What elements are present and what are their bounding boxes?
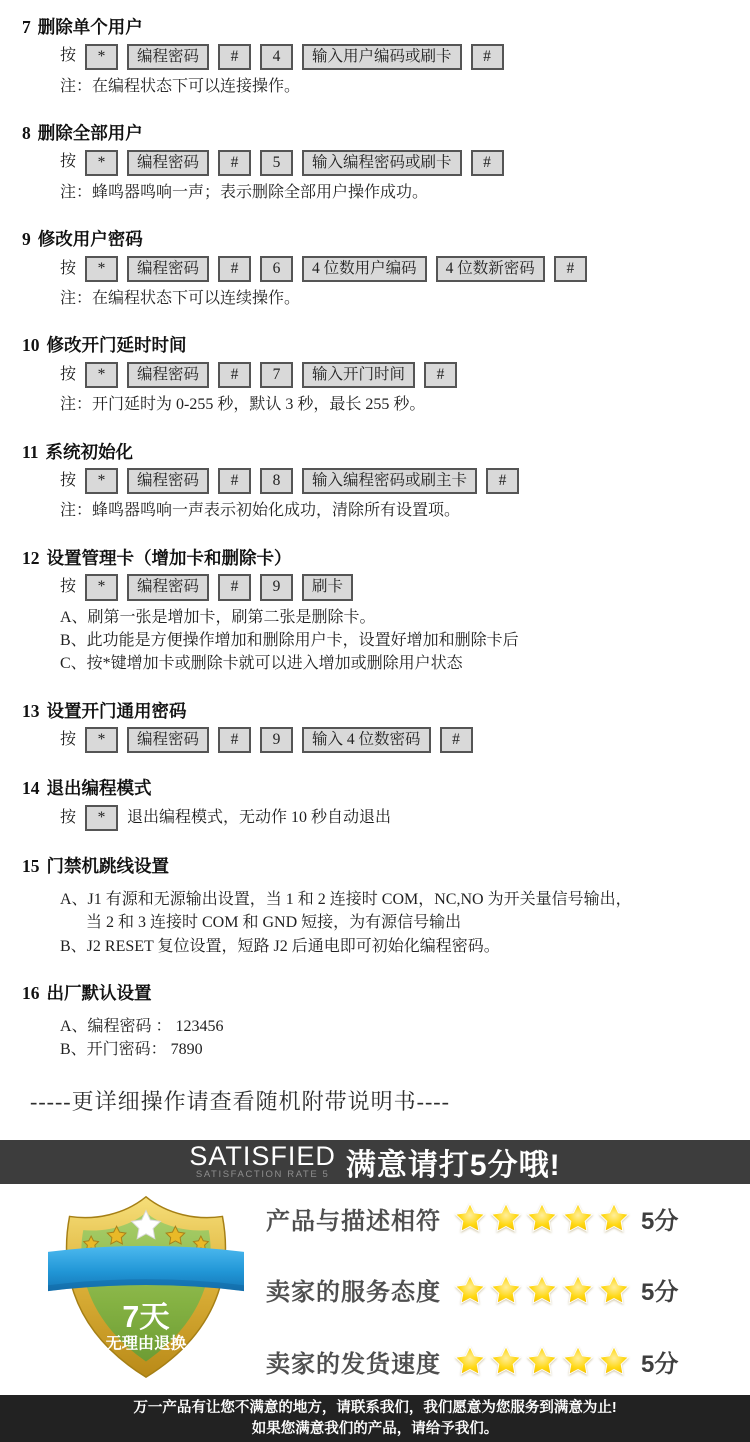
key-token: 9 [260,727,293,753]
section-notes: A、刷第一张是增加卡，刷第二张是删除卡。 B、此功能是方便操作增加和删除用户卡，… [22,607,730,676]
section-notes: 注：蜂鸣器鸣响一声；表示删除全部用户操作成功。 [22,182,730,204]
five-star-rating [453,1345,631,1377]
key-token: 6 [260,256,293,282]
star-icon [597,1345,631,1377]
key-token: 按 [60,46,76,67]
key-token: # [218,150,251,176]
section-title: 修改用户密码 [38,229,143,249]
key-token: # [554,256,587,282]
key-token: * [85,574,118,600]
key-token: # [218,727,251,753]
key-token: * [85,468,118,494]
shield-badge-icon: 7天 无理由退换 [48,1189,244,1385]
section-heading: 15门禁机跳线设置 [22,855,730,879]
five-star-rating [453,1274,631,1306]
key-sequence: 按 * 编程密码 # 7 输入开门时间 # [60,362,730,388]
note-line: A、刷第一张是增加卡，刷第二张是删除卡。 [60,607,730,629]
section-heading: 10修改开门延时时间 [22,334,730,358]
key-token: 输入编程密码或刷主卡 [302,468,477,494]
star-icon [489,1274,523,1306]
key-token: # [471,44,504,70]
key-token: 编程密码 [127,468,209,494]
star-icon [561,1274,595,1306]
key-token: # [218,256,251,282]
note-line: C、按*键增加卡或删除卡就可以进入增加或删除用户状态 [60,653,730,675]
key-token: # [440,727,473,753]
key-token: 编程密码 [127,150,209,176]
section-number: 7 [22,17,31,37]
badge-policy-text: 无理由退换 [106,1334,188,1353]
section-title: 设置开门通用密码 [47,701,187,721]
rating-area: 7天 无理由退换 产品与描述相符 5分 卖家的服务态度 [0,1184,750,1395]
section-number: 9 [22,229,31,249]
note-line: 注：开门延时为 0-255 秒，默认 3 秒，最长 255 秒。 [60,394,730,416]
key-token: 按 [60,471,76,492]
note-line: A、编程密码 ： 123456 [60,1016,730,1038]
key-token: 输入用户编码或刷卡 [302,44,462,70]
star-icon [453,1345,487,1377]
rating-row: 卖家的服务态度 5分 [266,1272,720,1307]
key-token: 9 [260,574,293,600]
section-heading: 8删除全部用户 [22,122,730,146]
section-heading: 7删除单个用户 [22,16,730,40]
key-sequence: 按 * 编程密码 # 9 输入 4 位数密码 # [60,727,730,753]
banner-title: SATISFIED [189,1144,336,1170]
key-token: 刷卡 [302,574,353,600]
key-sequence: 按 * 编程密码 # 4 输入用户编码或刷卡 # [60,44,730,70]
key-token: # [218,574,251,600]
key-token: 输入编程密码或刷卡 [302,150,462,176]
section-title: 门禁机跳线设置 [47,856,170,876]
star-icon [597,1202,631,1234]
rating-label: 卖家的服务态度 [266,1272,441,1307]
section-heading: 16出厂默认设置 [22,982,730,1006]
section-notes: 注：在编程状态下可以连续操作。 [22,288,730,310]
rating-rows: 产品与描述相符 5分 卖家的服务态度 [266,1199,720,1381]
key-token: 编程密码 [127,362,209,388]
instruction-section: 11系统初始化 按 * 编程密码 # 8 输入编程密码或刷主卡 [22,441,730,523]
note-line: 注：在编程状态下可以连续操作。 [60,288,730,310]
section-heading: 11系统初始化 [22,441,730,465]
section-heading: 14退出编程模式 [22,777,730,801]
section-number: 10 [22,335,40,355]
section-heading: 12设置管理卡（增加卡和删除卡） [22,547,730,571]
rating-label: 产品与描述相符 [266,1201,441,1236]
note-line: 注：蜂鸣器鸣响一声表示初始化成功，清除所有设置项。 [60,500,730,522]
rating-score: 5分 [641,1344,678,1379]
note-line: 当 2 和 3 连接时 COM 和 GND 短接，为有源信号输出 [86,912,730,934]
section-number: 12 [22,548,40,568]
key-token: 4 [260,44,293,70]
instruction-section: 14退出编程模式 按 * 退出编程模式，无动作 10 秒自动退出 [22,777,730,831]
section-title: 设置管理卡（增加卡和删除卡） [47,548,292,568]
key-token: 按 [60,577,76,598]
note-line: B、此功能是方便操作增加和删除用户卡，设置好增加和删除卡后 [60,630,730,652]
key-token: * [85,150,118,176]
banner-subtitle: SATISFACTION RATE 5 [189,1170,336,1180]
key-token: * [85,256,118,282]
section-notes: 注：蜂鸣器鸣响一声表示初始化成功，清除所有设置项。 [22,500,730,522]
key-token: 按 [60,730,76,751]
key-token: * [85,727,118,753]
star-icon [561,1202,595,1234]
key-token: 按 [60,808,76,829]
instruction-section: 13设置开门通用密码 按 * 编程密码 # 9 输入 4 位数密码 [22,700,730,754]
service-notice-bar: 万一产品有让您不满意的地方，请联系我们，我们愿意为您服务到满意为止! 如果您满意… [0,1395,750,1442]
section-notes: 注：开门延时为 0-255 秒，默认 3 秒，最长 255 秒。 [22,394,730,416]
key-token: 4 位数新密码 [436,256,545,282]
banner-english-block: SATISFIED SATISFACTION RATE 5 [189,1144,336,1179]
key-sequence: 按 * 编程密码 # 8 输入编程密码或刷主卡 # [60,468,730,494]
instruction-document: 7删除单个用户 按 * 编程密码 # 4 输入用户编码或刷卡 [0,0,750,1140]
five-star-rating [453,1202,631,1234]
key-token: 8 [260,468,293,494]
key-sequence: 按 * 退出编程模式，无动作 10 秒自动退出 [60,805,730,831]
section-notes: A、J1 有源和无源输出设置，当 1 和 2 连接时 COM，NC,NO 为开关… [22,889,730,958]
rating-label: 卖家的发货速度 [266,1344,441,1379]
key-token: * [85,44,118,70]
section-title: 修改开门延时时间 [47,335,187,355]
banner-headline: 满意请打5分哦! [346,1140,561,1184]
star-icon [453,1274,487,1306]
divider-note: -----更详细操作请查看随机附带说明书---- [30,1085,730,1116]
star-icon [525,1345,559,1377]
instruction-section: 9修改用户密码 按 * 编程密码 # 6 4 位数用户编码 [22,228,730,310]
notice-line-1: 万一产品有让您不满意的地方，请联系我们，我们愿意为您服务到满意为止! [0,1399,750,1418]
instruction-section: 7删除单个用户 按 * 编程密码 # 4 输入用户编码或刷卡 [22,16,730,98]
badge-days-text: 7天 [122,1300,169,1334]
note-line: A、J1 有源和无源输出设置，当 1 和 2 连接时 COM，NC,NO 为开关… [60,889,730,911]
instruction-section: 16出厂默认设置 A、编程密码 ： 123456 B、开门密码： 7890 [22,982,730,1061]
instruction-section: 12设置管理卡（增加卡和删除卡） 按 * 编程密码 # 9 刷卡 [22,547,730,676]
rating-row: 卖家的发货速度 5分 [266,1344,720,1379]
key-sequence: 按 * 编程密码 # 5 输入编程密码或刷卡 # [60,150,730,176]
star-icon [525,1274,559,1306]
key-token: 4 位数用户编码 [302,256,427,282]
star-icon [489,1202,523,1234]
rating-row: 产品与描述相符 5分 [266,1201,720,1236]
star-icon [525,1202,559,1234]
section-title: 出厂默认设置 [47,983,152,1003]
key-token: 按 [60,259,76,280]
key-token: 编程密码 [127,574,209,600]
key-token: 按 [60,365,76,386]
note-line: B、开门密码： 7890 [60,1039,730,1061]
note-line: 注：蜂鸣器鸣响一声；表示删除全部用户操作成功。 [60,182,730,204]
satisfied-banner: SATISFIED SATISFACTION RATE 5 满意请打5分哦! [0,1140,750,1184]
notice-line-2: 如果您满意我们的产品，请给予我们。 [0,1420,750,1439]
key-token: 5 [260,150,293,176]
key-token: 输入开门时间 [302,362,415,388]
rating-score: 5分 [641,1272,678,1307]
section-title: 删除单个用户 [38,17,143,37]
section-number: 14 [22,778,40,798]
key-token: 退出编程模式，无动作 10 秒自动退出 [127,808,391,829]
section-heading: 9修改用户密码 [22,228,730,252]
note-line: B、J2 RESET 复位设置，短路 J2 后通电即可初始化编程密码。 [60,936,730,958]
key-token: # [218,362,251,388]
section-title: 退出编程模式 [47,778,152,798]
key-token: 编程密码 [127,256,209,282]
section-heading: 13设置开门通用密码 [22,700,730,724]
key-sequence: 按 * 编程密码 # 9 刷卡 [60,574,730,600]
key-token: # [471,150,504,176]
key-token: 按 [60,152,76,173]
section-title: 删除全部用户 [38,123,143,143]
instruction-section: 10修改开门延时时间 按 * 编程密码 # 7 输入开门时间 [22,334,730,416]
instruction-section: 15门禁机跳线设置 A、J1 有源和无源输出设置，当 1 和 2 连接时 COM… [22,855,730,958]
key-token: # [486,468,519,494]
section-number: 8 [22,123,31,143]
section-title: 系统初始化 [46,442,134,462]
key-token: * [85,362,118,388]
note-line: 注：在编程状态下可以连接操作。 [60,76,730,98]
section-notes: 注：在编程状态下可以连接操作。 [22,76,730,98]
return-policy-badge: 7天 无理由退换 [48,1189,248,1390]
section-number: 15 [22,856,40,876]
key-token: 输入 4 位数密码 [302,727,431,753]
key-token: # [424,362,457,388]
product-description-page: 7删除单个用户 按 * 编程密码 # 4 输入用户编码或刷卡 [0,0,750,1442]
key-token: * [85,805,118,831]
key-token: 编程密码 [127,727,209,753]
instruction-section: 8删除全部用户 按 * 编程密码 # 5 输入编程密码或刷卡 [22,122,730,204]
section-number: 11 [22,442,39,462]
star-icon [453,1202,487,1234]
key-token: # [218,44,251,70]
key-sequence: 按 * 编程密码 # 6 4 位数用户编码 4 位数新密码 # [60,256,730,282]
section-number: 13 [22,701,40,721]
section-number: 16 [22,983,40,1003]
key-token: 编程密码 [127,44,209,70]
rating-score: 5分 [641,1201,678,1236]
section-notes: A、编程密码 ： 123456 B、开门密码： 7890 [22,1016,730,1062]
star-icon [597,1274,631,1306]
star-icon [489,1345,523,1377]
star-icon [561,1345,595,1377]
key-token: # [218,468,251,494]
key-token: 7 [260,362,293,388]
